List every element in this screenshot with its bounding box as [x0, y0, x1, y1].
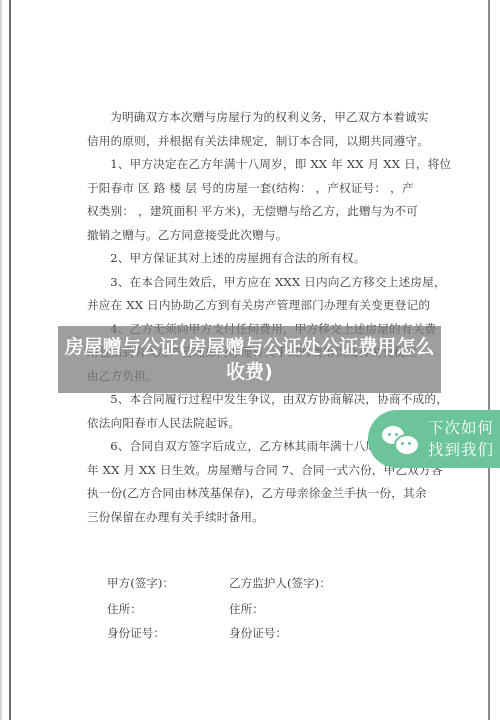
contact-us-badge[interactable]: 下次如何 找到我们: [368, 410, 500, 468]
party-b-address-label: 住所：: [229, 601, 264, 617]
party-a-id-label: 身份证号：: [107, 625, 165, 641]
overlay-title: 房屋赠与公证(房屋赠与公证处公证费用怎么收费): [65, 335, 435, 385]
clause-1: 1、甲方决定在乙方年满十八周岁，即 XX 年 XX 月 XX 日，将位: [87, 153, 415, 177]
title-overlay-banner: 房屋赠与公证(房屋赠与公证处公证费用怎么收费): [58, 326, 441, 393]
clause-2: 2、甲方保证其对上述的房屋拥有合法的所有权。: [87, 247, 415, 271]
badge-line-1: 下次如何: [428, 417, 494, 439]
badge-line-2: 找到我们: [428, 439, 494, 461]
outer-edge: [0, 0, 2, 720]
clause-6: 6、合同自双方签字后成立，乙方林其雨年满十八周岁，即 XX: [87, 435, 415, 459]
clause-3: 3、在本合同生效后，甲方应在 XXX 日内向乙方移交上述房屋，: [87, 271, 415, 295]
party-b-id-label: 身份证号：: [229, 625, 287, 641]
wechat-icon: [382, 424, 418, 454]
party-a-signature-label: 甲方(签字)：: [107, 575, 174, 591]
party-a-address-label: 住所：: [107, 601, 142, 617]
intro-paragraph: 为明确双方本次赠与房屋行为的权利义务，甲乙双方本着诚实: [87, 106, 415, 130]
party-b-signature-label: 乙方监护人(签字)：: [229, 575, 331, 591]
contract-body: 为明确双方本次赠与房屋行为的权利义务，甲乙双方本着诚实 信用的原则，并根据有关法…: [87, 106, 415, 529]
